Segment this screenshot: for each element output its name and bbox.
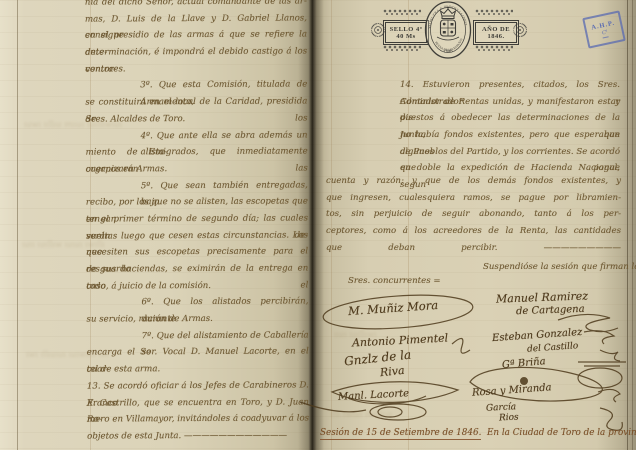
manuscript-line: vueltas luego que cesen estas circunstan…: [86, 227, 308, 245]
manuscript-line: 5º. Que sean también entregadas, bajo: [86, 177, 308, 195]
manuscript-line: cuenta y razón; y que de los demás fondo…: [326, 173, 621, 190]
left-page-edge: [17, 0, 18, 450]
manuscript-line: que ingresen, cualesquiera ramos, se pag…: [326, 190, 621, 207]
manuscript-line: de Pueblos del Partido, y los corrientes…: [400, 144, 620, 161]
archive-stamp-subline: Cª: [601, 29, 608, 38]
manuscript-line: necesiten sus escopetas precisamente par…: [86, 244, 308, 262]
manuscript-line: su servicio, ración de Armas.: [86, 310, 308, 328]
sello-year-label1: AÑO DE: [482, 26, 510, 33]
sello-year-label2: 1846.: [487, 33, 504, 40]
session-date-underlined: Sesión de 15 de Setiembre de 1846.: [320, 428, 481, 440]
sello-denomination-box: SELLO 4º 40 Ms: [383, 20, 429, 45]
stamp-year-mark: · 1846 ·: [441, 49, 456, 54]
manuscript-line: no había fondos existentes, pero que esp…: [400, 127, 620, 144]
manuscript-line: 14. Estuvieron presentes, citados, los S…: [400, 77, 620, 94]
manuscript-line: determinación, é impondrá el debido cast…: [85, 43, 307, 61]
crown-shield-emblem-icon: YSABEL 2ª P. L. G. DE DIOS Y LA CONST. R…: [424, 1, 472, 59]
sello-class-label: SELLO 4º: [390, 26, 423, 33]
manuscript-line: mero en Villamayor, invitándoles á coady…: [87, 411, 309, 429]
manuscript-line: puestos á obedecer las determinaciones d…: [400, 110, 620, 127]
closing-line: Sres. concurrentes =: [348, 276, 441, 286]
manuscript-line: tel de esta arma.: [87, 361, 309, 379]
sello-year-box: AÑO DE 1846.: [473, 20, 519, 45]
lace-border-icon: [475, 44, 513, 52]
closing-line: Suspendióse la sesión que firman los: [483, 262, 636, 272]
manuscript-line: 3º. Que esta Comisión, titulada de Armam…: [85, 77, 307, 95]
manuscript-line: miento de Emigrados, que inmediatamente …: [86, 144, 308, 162]
sello-value-label: 40 Ms: [396, 33, 415, 40]
manuscript-line: de sus haciendas, se eximirán de la entr…: [86, 260, 308, 278]
left-page-text: nía del dicho Señor, actual comandante d…: [85, 0, 309, 445]
session-date-heading: Sesión de 15 de Setiembre de 1846. En la…: [320, 428, 636, 438]
manuscript-line: 4º. Que ante ella se abra además un alis…: [86, 127, 308, 145]
manuscript-line: 13. Se acordó oficiar á los Jefes de Car…: [87, 377, 309, 395]
manuscript-line: se constituirá en el local de la Caridad…: [85, 94, 307, 112]
right-page-paragraph-1: 14. Estuvieron presentes, citados, los S…: [400, 77, 620, 177]
manuscript-line: ventores.: [85, 60, 307, 78]
manuscript-line: en el primer término de segundo día; las…: [86, 210, 308, 228]
manuscript-line: X. Castrillo, que se encuentra en Toro, …: [87, 394, 309, 412]
manuscript-line: mas, D. Luis de la Llave y D. Gabriel Ll…: [85, 10, 307, 28]
manuscript-line: 7º. Que del alistamiento de Caballería s…: [87, 327, 309, 345]
lace-border-icon: [383, 8, 421, 16]
manuscript-line: encarga el Sor. Vocal D. Manuel Lacorte,…: [87, 344, 309, 362]
lace-border-icon: [475, 8, 513, 16]
right-page-paragraph-2: cuenta y razón; y que de los demás fondo…: [326, 173, 621, 256]
manuscript-scan: ıuıwıllıuı ıuıım uıllıı ıwuı ıllıwı ıuıu…: [0, 0, 636, 450]
manuscript-line: que deban percibir. —————————: [326, 240, 621, 257]
manuscript-line: objetos de esta Junta. ————————————: [87, 427, 309, 445]
lace-border-icon: [383, 44, 421, 52]
manuscript-line: recibo, por los que no se alisten, las e…: [86, 194, 308, 212]
manuscript-line: 6º. Que los alistados percibirán, durant…: [86, 294, 308, 312]
right-page-edge: [627, 0, 628, 450]
manuscript-line: Contador de Rentas unidas, y manifestaro…: [400, 94, 620, 111]
manuscript-line: en el presidio de las armas á que se ref…: [85, 27, 307, 45]
signature: Rios: [499, 412, 519, 423]
manuscript-line: tos, sin perjuicio de seguir abonando, t…: [326, 206, 621, 223]
signature: Riva: [379, 364, 405, 379]
right-page-edge: [632, 0, 633, 450]
manuscript-line: ceptores, como á los acreedores de la Re…: [326, 223, 621, 240]
bleed-through-text: ıuıllıwı ıuıwı ıllı: [330, 410, 392, 419]
session-opening-text: En la Ciudad de Toro de la provincia á: [481, 428, 636, 438]
revenue-stamp: SELLO 4º 40 Ms AÑO DE 1846. YSABEL 2ª P.…: [372, 1, 524, 59]
